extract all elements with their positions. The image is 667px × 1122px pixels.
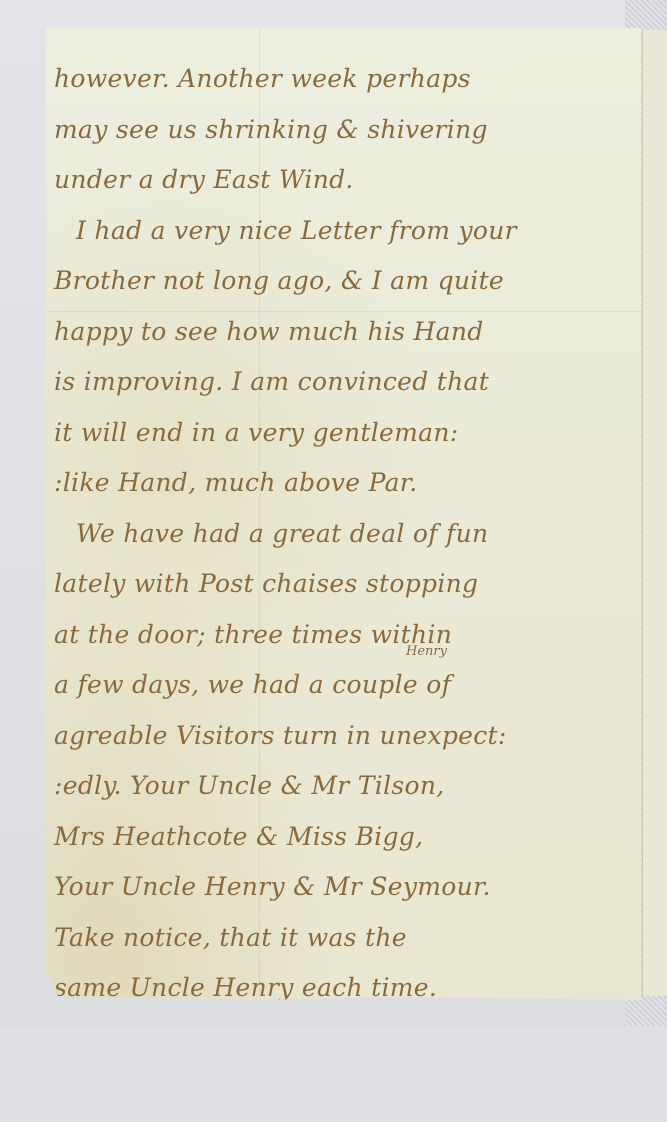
- interlinear-insertion: Henry: [406, 644, 447, 659]
- letter-line: Brother not long ago, & I am quite: [54, 256, 627, 307]
- letter-line: under a dry East Wind.: [54, 155, 627, 206]
- letter-line: at the door; three times within: [54, 610, 627, 661]
- letter-line: Your Uncle Henry & Mr Seymour.: [54, 862, 627, 913]
- letter-line: lately with Post chaises stopping: [54, 559, 627, 610]
- letter-line: We have had a great deal of fun: [54, 509, 627, 560]
- letter-line: it will end in a very gentleman:: [54, 408, 627, 459]
- letter-line: agreable Visitors turn in unexpect:: [54, 711, 627, 762]
- letter-line: :edly. Your Uncle & Mr Tilson,: [54, 761, 627, 812]
- adjacent-page-edge: [642, 30, 667, 996]
- letter-line: Mrs Heathcote & Miss Bigg,: [54, 812, 627, 863]
- letter-line: happy to see how much his Hand: [54, 307, 627, 358]
- letter-line: may see us shrinking & shivering: [54, 105, 627, 156]
- letter-line: is improving. I am convinced that: [54, 357, 627, 408]
- letter-line: Take notice, that it was the: [54, 913, 627, 964]
- letter-body: however. Another week perhaps may see us…: [46, 28, 641, 1026]
- letter-line: I had a very nice Letter from your: [54, 206, 627, 257]
- letter-page: however. Another week perhaps may see us…: [46, 28, 641, 1000]
- letter-line: however. Another week perhaps: [54, 54, 627, 105]
- letter-line: a few days, we had a couple of: [54, 660, 627, 711]
- letter-line: :like Hand, much above Par.: [54, 458, 627, 509]
